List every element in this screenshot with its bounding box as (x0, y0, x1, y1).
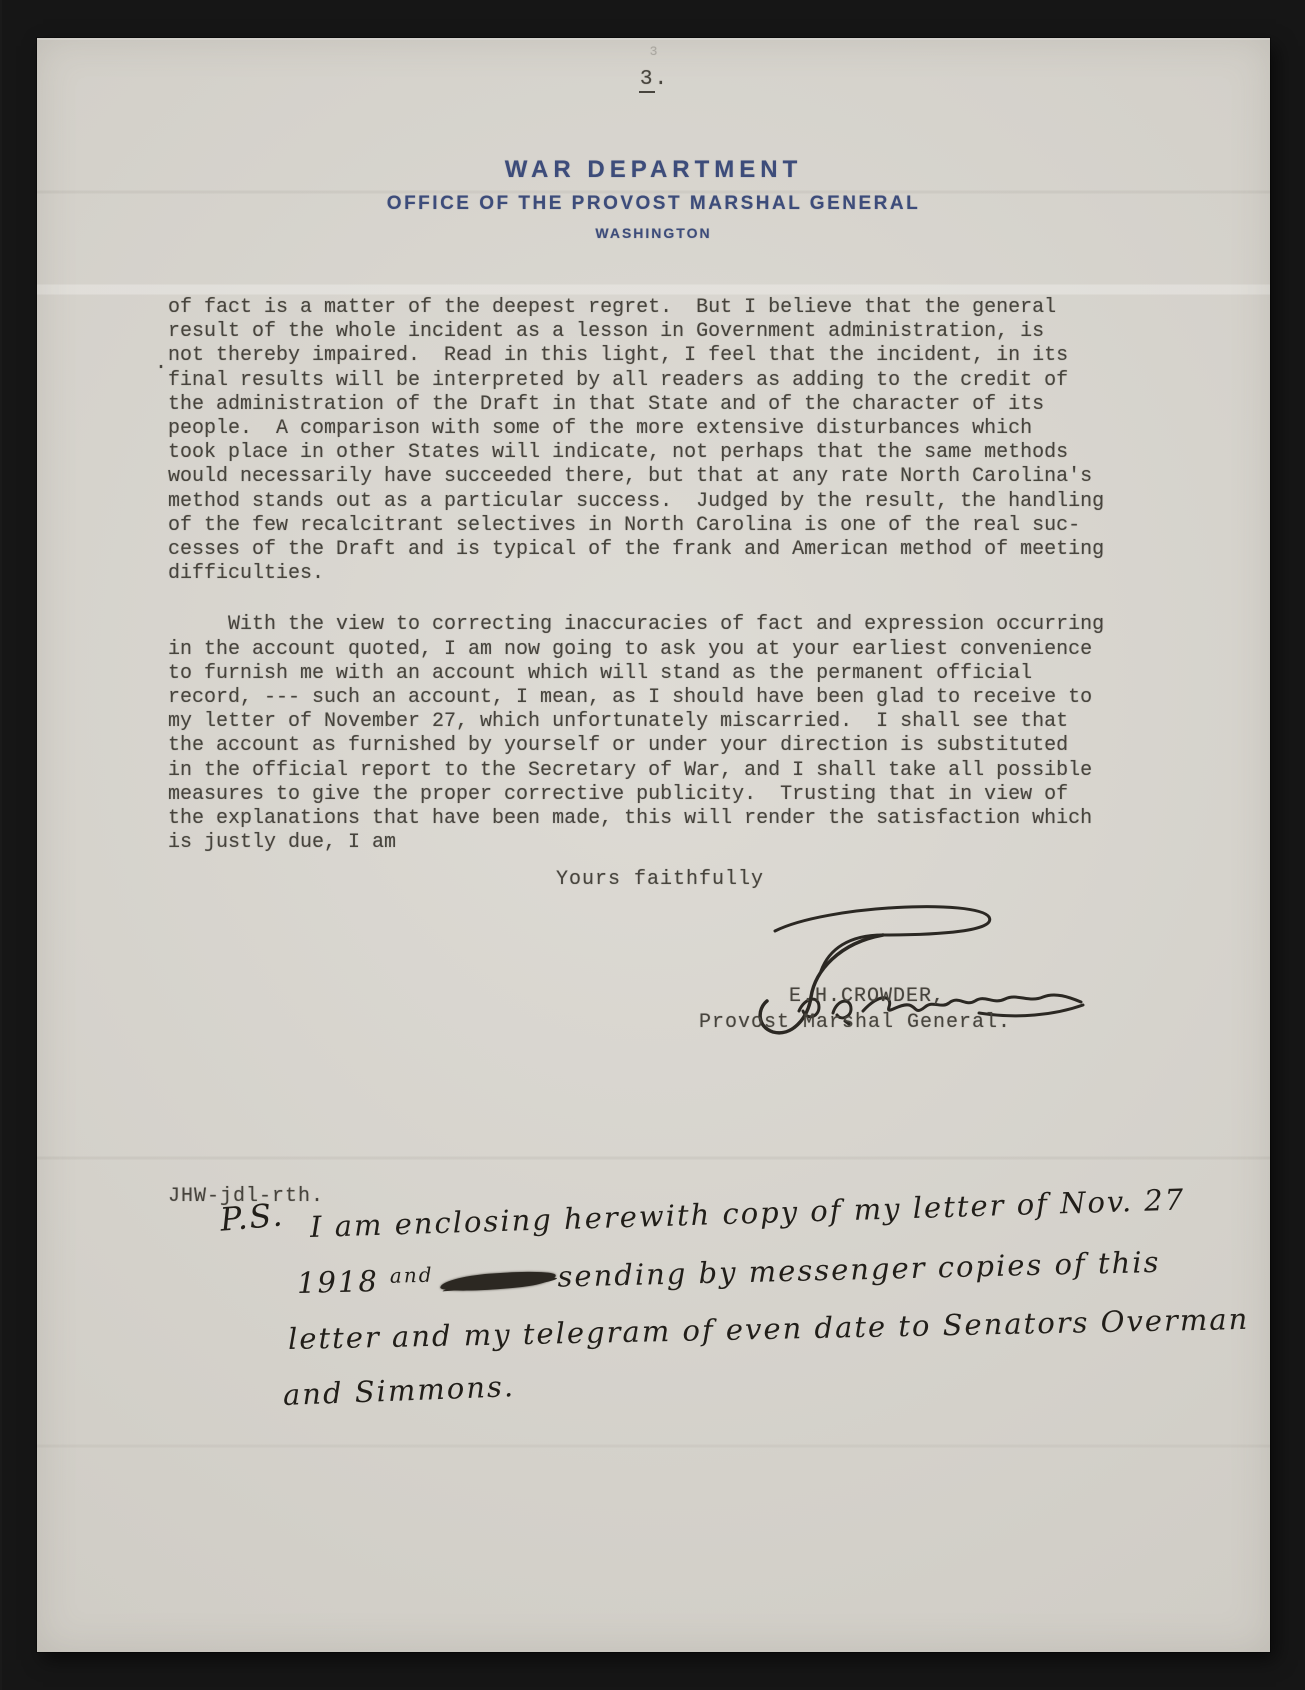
postscript-line-2-rest: sending by messenger copies of this (557, 1245, 1161, 1294)
postscript-superscript-and: and (390, 1263, 434, 1288)
postscript-label: P.S. (218, 1195, 285, 1238)
postscript-year: 1918 (297, 1264, 380, 1300)
letter-body: of fact is a matter of the deepest regre… (168, 296, 1148, 882)
stray-ink-dot: . (155, 352, 167, 375)
document-page: 3 3. WAR DEPARTMENT OFFICE OF THE PROVOS… (37, 38, 1270, 1652)
typed-signature-name: E.H.CROWDER, (789, 985, 945, 1008)
page-number-period: . (655, 68, 669, 91)
signature-flourish (775, 907, 990, 971)
postscript-line-4: and Simmons. (282, 1369, 515, 1412)
page-number: 3. (37, 68, 1270, 91)
scribbled-out-word (439, 1269, 556, 1294)
postscript-line-1: I am enclosing herewith copy of my lette… (309, 1183, 1185, 1244)
typed-signature-title: Provost Marshal General. (699, 1011, 1011, 1034)
letterhead-office: OFFICE OF THE PROVOST MARSHAL GENERAL (37, 193, 1270, 215)
postscript-line-3: letter and my telegram of even date to S… (288, 1302, 1250, 1356)
letterhead-department: WAR DEPARTMENT (37, 156, 1270, 184)
paragraph-1: of fact is a matter of the deepest regre… (168, 296, 1148, 586)
page-number-digit: 3 (639, 68, 655, 93)
letterhead-city: WASHINGTON (37, 225, 1270, 241)
letterhead: WAR DEPARTMENT OFFICE OF THE PROVOST MAR… (37, 156, 1270, 241)
paragraph-2: With the view to correcting inaccuracies… (168, 613, 1148, 855)
page-number-ghost: 3 (37, 44, 1270, 59)
postscript-line-2: 1918 andsending by messenger copies of t… (297, 1245, 1161, 1300)
scan-background: { "page": { "number": "3", "number_suffi… (0, 0, 1305, 1690)
